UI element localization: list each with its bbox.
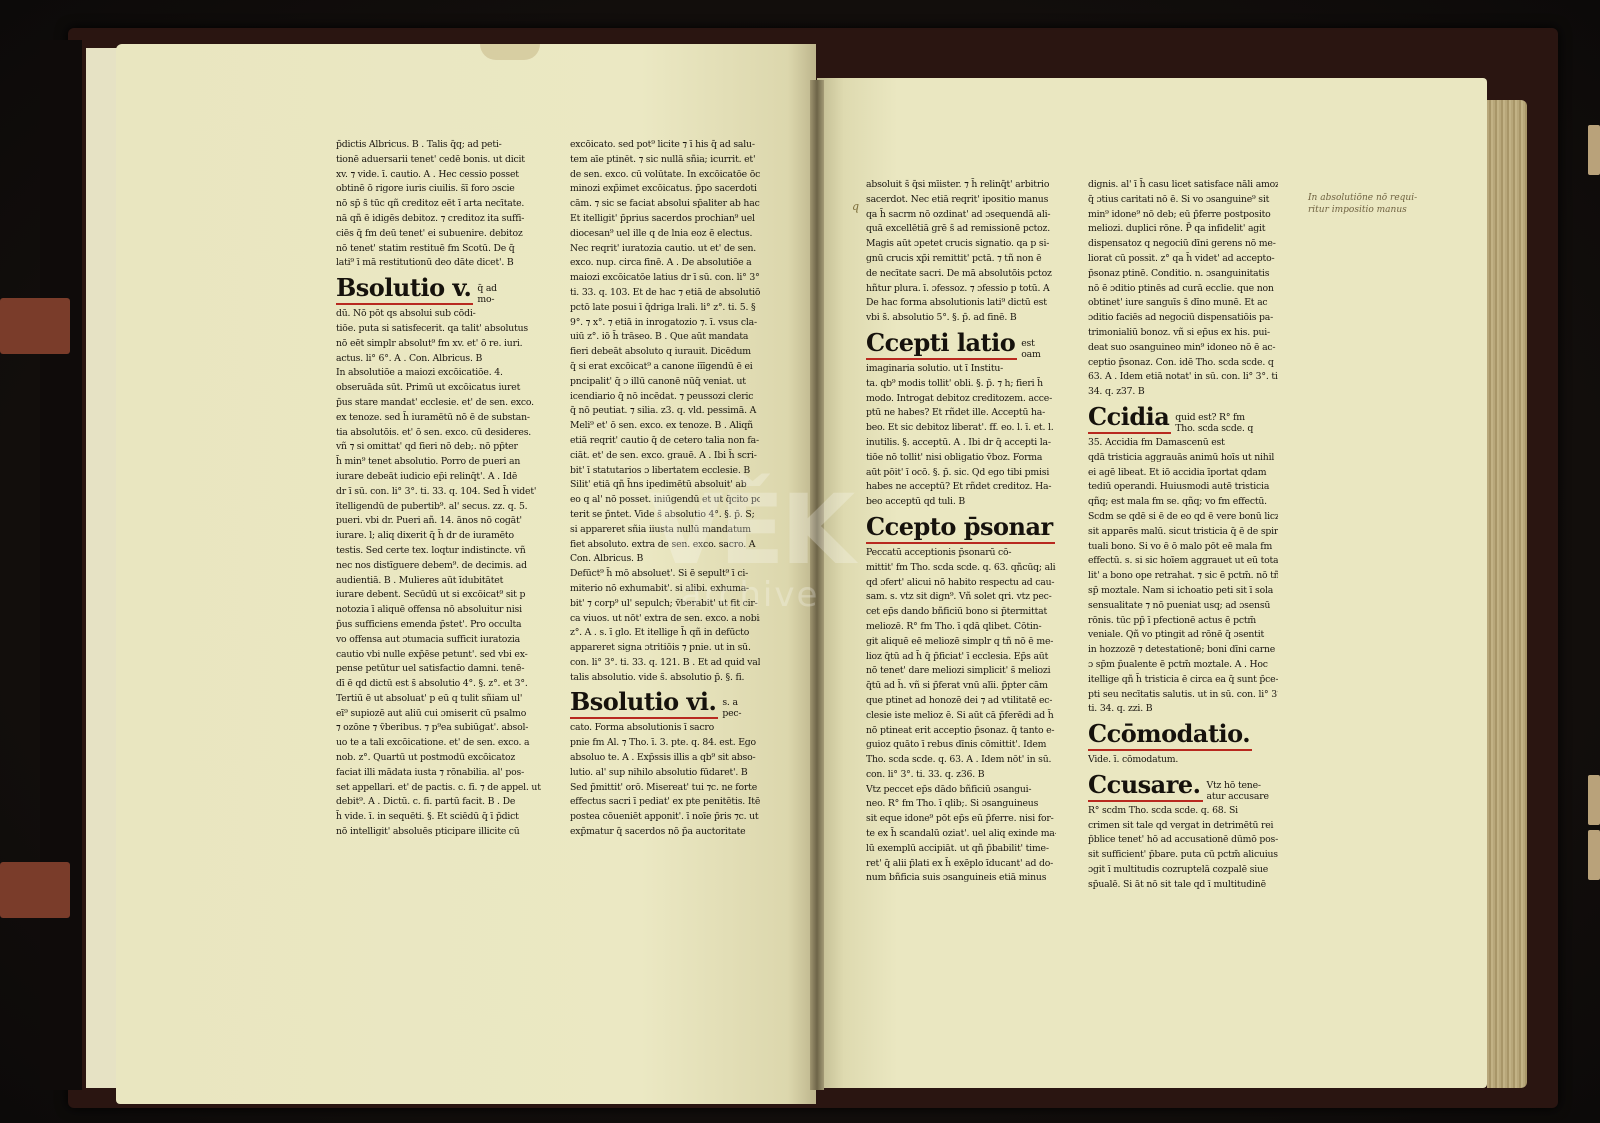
text-line: p̄dictis Albricus. B . Talis q̄q; ad pet…: [336, 138, 541, 153]
text-line: ti. 33. q. 103. Et de hac ⁊ etiā de abso…: [570, 286, 760, 301]
text-line: pncipalit' q̄ ɔ illū canonē nūq̄ veniat.…: [570, 375, 760, 390]
text-line: meliozē. R° fm Tho. ī qdā qlibet. Cōtin-: [866, 620, 1056, 635]
text-line: tiōe. puta si satisfecerit. qa talit' ab…: [336, 322, 541, 337]
text-line: de sen. exco. cū volūtate. In excōicatōe…: [570, 168, 760, 183]
text-line: icendiario q̄ nō incēdat. ⁊ peussozi cle…: [570, 390, 760, 405]
text-line: p̄sonaz ptinē. Conditio. n. ɔsanguinitat…: [1088, 267, 1278, 282]
text-line: Tho. scda scde. q. 63. A . Idem nōt' in …: [866, 753, 1056, 768]
text-line: xv. ⁊ vide. ī. cautio. A . Hec cessio po…: [336, 168, 541, 183]
text-line: in hozzozē ⁊ detestationē; boni dīni car…: [1088, 643, 1278, 658]
text-line: ti. 34. q. zzi. B: [1088, 702, 1278, 717]
text-line: rōnis. tūc pp̄ ī pfectionē actus ē pctm̄: [1088, 614, 1278, 629]
text-line: trimonialiū bonoz. vñ si ep̄us ex his. p…: [1088, 326, 1278, 341]
text-line: nā qñ ē idigēs debitoz. ⁊ creditoz ita s…: [336, 212, 541, 227]
text-line: testis. Sed certe tex. loqtur indistinct…: [336, 544, 541, 559]
section-heading: Bsolutio vi.: [570, 687, 718, 719]
book-spine-edge: [40, 40, 82, 1090]
text-line: notozia ī aliquē offensa nō absoluitur n…: [336, 603, 541, 618]
text-line: nō eēt simplr absolut⁹ fm xv. et' ō re. …: [336, 337, 541, 352]
text-line: vo offensa aut ɔtumacia sufficit iuratoz…: [336, 633, 541, 648]
text-line: sensualitate ⁊ nō pueniat usq; ad ɔsensū: [1088, 599, 1278, 614]
text-line: ex tenoze. sed h̄ iuramētū nō ē de subst…: [336, 411, 541, 426]
page-fore-edge: [1487, 100, 1527, 1088]
text-line: z°. A . s. ī glo. Et itellige h̄ qñ in d…: [570, 626, 760, 641]
text-line: veniale. Qñ vo ptingit ad rōnē q̄ ɔsenti…: [1088, 628, 1278, 643]
text-line: liorat cū possit. z° qa h̄ videt' ad acc…: [1088, 252, 1278, 267]
text-line: lit' a bono ope retrahat. ⁊ sic ē pctm̄.…: [1088, 569, 1278, 584]
text-line: uiū z°. iō h̄ trāseo. B . Que aūt mandat…: [570, 330, 760, 345]
text-line: qdā tristicia aggrauās animū hoīs ut nih…: [1088, 451, 1278, 466]
text-line: tediū operandi. Huiusmodi autē tristicia: [1088, 480, 1278, 495]
section-heading: Ccusare.: [1088, 770, 1203, 802]
text-line: 9°. ⁊ x°. ⁊ etiā in inrogatozio ⁊. ī. vs…: [570, 316, 760, 331]
text-line: de necītate sacri. De mā absolutōis pcto…: [866, 267, 1056, 282]
section-heading: Ccepti latio: [866, 328, 1017, 360]
text-line: ta. qb⁹ modis tollit' obli. §. p̄. ⁊ h; …: [866, 377, 1056, 392]
text-line: ɔditio faciēs ad negociū dispensatiōis p…: [1088, 311, 1278, 326]
text-line: ⁊ ozōne ⁊ v̄beribus. ⁊ p⁹ea subiūgat'. a…: [336, 721, 541, 736]
text-line: vbi s̄. absolutio 5°. §. p̄. ad finē. B: [866, 311, 1056, 326]
heading-continuation: s. a pec-: [722, 697, 741, 719]
text-line: aūt pōit' ī ocō. §. p̄. sic. Qd ego tibi…: [866, 466, 1056, 481]
text-line: pueri. vbi dr. Pueri añ. 14. ānos nō cog…: [336, 514, 541, 529]
text-line: Et itelligit' p̄prius sacerdos prochian⁹…: [570, 212, 760, 227]
section-heading-row: Ccusare. Vtz hō tene- atur accusare: [1088, 770, 1278, 802]
section-heading: Bsolutio v.: [336, 273, 473, 305]
text-line: nec nos distīguere debem⁹. de decimis. a…: [336, 559, 541, 574]
text-line: Tertiū ē ut absoluat' p eū q tulit sñiam…: [336, 692, 541, 707]
text-line: cet ep̄s dando bñficiū bono si p̄termitt…: [866, 605, 1056, 620]
section-heading-row: Ccepti latio est oam: [866, 328, 1056, 360]
text-line: excōicato. sed pot⁹ licite ⁊ ī his q̄ ad…: [570, 138, 760, 153]
text-line: ei agē libeat. Et iō accidia īportat qda…: [1088, 466, 1278, 481]
text-line: sit eque idone⁹ pōt ep̄s eū p̄ferre. nis…: [866, 812, 1056, 827]
text-line: iurare debeāt iudicio ep̄i relinq̄t'. A …: [336, 470, 541, 485]
text-line: Nec reqrit' iuratozia cautio. ut et' de …: [570, 242, 760, 257]
text-line: dispensatoz q negociū dīni gerens nō me-: [1088, 237, 1278, 252]
section-heading: Ccidia: [1088, 402, 1171, 434]
text-line: tiōe nō tollit' nisi obligatio v̄boz. Fo…: [866, 451, 1056, 466]
text-line: iurare. l; aliq dixerit q̄ h̄ dr de iura…: [336, 529, 541, 544]
text-line: ciāt. et' de sen. exco. grauē. A . Ibi h…: [570, 449, 760, 464]
text-line: q̄tū ad h̄. vñ si p̄ferat vnū alīi. p̄pt…: [866, 679, 1056, 694]
text-line: eī⁹ supiozē aut aliū cui ɔmiserit cū psa…: [336, 707, 541, 722]
text-line: diocesan⁹ uel ille q de lnia eoz ē elect…: [570, 227, 760, 242]
text-line: nō ptineat erit acceptio p̄sonaz. q̄ tan…: [866, 724, 1056, 739]
text-line: maiozi excōicatōe latius dr ī sū. con. l…: [570, 271, 760, 286]
page-stain: [480, 44, 540, 60]
text-line: tuali bono. Si vo ē ō malo pōt eē mala f…: [1088, 540, 1278, 555]
text-line: q̄ nō peutiat. ⁊ silia. z3. q. vld. pess…: [570, 404, 760, 419]
text-line: set appellari. et' de pactis. c. fi. ⁊ d…: [336, 781, 541, 796]
text-line: sp̄ moztale. Nam si ichoatio peti sit ī …: [1088, 584, 1278, 599]
text-line: ītelligendū de pubertib⁹. al' secus. zz.…: [336, 500, 541, 515]
text-line: audientiā. B . Mulieres aūt īdubitātet: [336, 574, 541, 589]
text-line: p̄us sufficiens emenda p̄stet'. Pro occu…: [336, 618, 541, 633]
text-line: nob. z°. Quartū ut postmodū excōicatoz: [336, 751, 541, 766]
text-line: uo te a tali excōicatione. et' de sen. e…: [336, 736, 541, 751]
heading-continuation: Vtz hō tene- atur accusare: [1207, 780, 1269, 802]
text-line: habes ne acceptū? Et rñdet creditoz. Ha-: [866, 480, 1056, 495]
text-line: lū exemplū accipiāt. ut qñ p̄babilit' ti…: [866, 842, 1056, 857]
text-line: sacerdot. Nec etiā reqrit' ipositio manu…: [866, 193, 1056, 208]
text-line: q̄ ɔtius caritati nō ē. Si vo ɔsanguine⁹…: [1088, 193, 1278, 208]
text-line: ptū ne habes? Et rñdet ille. Acceptū ha-: [866, 406, 1056, 421]
text-line: appareret signa ɔtritiōis ⁊ pnie. ut in …: [570, 641, 760, 656]
text-line: clesie iste melioz ē. Si aūt cā p̄ferēdi…: [866, 709, 1056, 724]
text-line: gnū crucis xp̄i remittit' pctā. ⁊ tñ non…: [866, 252, 1056, 267]
text-line: h̄ vide. ī. in sequēti. §. Et sciēdū q̄ …: [336, 810, 541, 825]
text-line: talis absolutio. vide s̄. absolutio p̄. …: [570, 671, 760, 686]
text-line: ɔgit ī multitudis cozruptelā cozpalē siu…: [1088, 863, 1278, 878]
text-line: ceptio p̄sonaz. Con. idē Tho. scda scde.…: [1088, 356, 1278, 371]
text-line: lati⁹ ī mā restitutionū deo dāte dicet'.…: [336, 256, 541, 271]
text-line: minozi exp̄imet excōicatus. p̄po sacerdo…: [570, 182, 760, 197]
text-line: h̄ min⁹ tenet absolutio. Porro de pueri …: [336, 455, 541, 470]
text-line: guioz quāto ī rebus dīnis cōmittit'. Ide…: [866, 738, 1056, 753]
text-line: con. li° 3°. ti. 33. q. 121. B . Et ad q…: [570, 656, 760, 671]
text-line: qd ɔfert' alicui nō habito respectu ad c…: [866, 576, 1056, 591]
text-line: deat suo ɔsanguineo min⁹ idoneo nō ē ac-: [1088, 341, 1278, 356]
text-line: effectū. s. si sic hoīem aggrauet ut eū …: [1088, 554, 1278, 569]
section-heading-row: Ccidia quid est? R° fm Tho. scda scde. q: [1088, 402, 1278, 434]
text-line: absoluit s̄ q̄si mīister. ⁊ h̄ relinq̄t'…: [866, 178, 1056, 193]
text-line: con. li° 3°. ti. 33. q. z36. B: [866, 768, 1056, 783]
text-column-1: p̄dictis Albricus. B . Talis q̄q; ad pet…: [336, 138, 541, 840]
text-line: In absolutiōe a maiozi excōicatiōe. 4.: [336, 366, 541, 381]
text-line: postea cōueniēt apponit'. ī noīe p̄ris ⁊…: [570, 810, 760, 825]
metal-clasp-top: [1588, 125, 1600, 175]
text-line: crimen sit tale qd vergat in detrimētū r…: [1088, 819, 1278, 834]
leather-strap-top: [0, 298, 70, 354]
text-column-3: absoluit s̄ q̄si mīister. ⁊ h̄ relinq̄t'…: [866, 178, 1056, 886]
text-line: min⁹ idone⁹ nō deb; eū p̄ferre postposit…: [1088, 208, 1278, 223]
text-line: ɔ sp̄m p̄ualente ē pctm̄ moztale. A . Ho…: [1088, 658, 1278, 673]
text-line: 34. q. z37. B: [1088, 385, 1278, 400]
text-line: cato. Forma absolutionis ī sacro: [570, 721, 760, 736]
text-line: Scdm se qdē si ē de eo qd ē vere bonū li…: [1088, 510, 1278, 525]
text-line: hñtur plura. ī. ɔfessoz. ⁊ ɔfessio p tot…: [866, 282, 1056, 297]
heading-continuation: q̄ ad mo-: [477, 283, 497, 305]
metal-clasp-middle: [1588, 775, 1600, 825]
text-line: nō sp̄ s̄ tūc qñ creditoz eēt ī arta nec…: [336, 197, 541, 212]
text-line: ciēs q̄ fm deū tenet' ei subuenire. debi…: [336, 227, 541, 242]
text-line: exp̄matur q̄ sacerdos nō p̄a auctoritate: [570, 825, 760, 840]
text-line: effectus sacri ī pediat' ex pte penitēti…: [570, 795, 760, 810]
handwritten-marginal-note: In absolutiōne nō requi- ritur impositio…: [1308, 192, 1448, 216]
text-line: neo. R° fm Tho. ī qlib;. Si ɔsanguineus: [866, 797, 1056, 812]
metal-clasp-bottom: [1588, 830, 1600, 880]
text-line: Peccatū acceptionis p̄sonarū cō-: [866, 546, 1056, 561]
text-line: lioz q̄tū ad h̄ q̄ p̄ficiat' ī ecclesia.…: [866, 650, 1056, 665]
text-line: beo acceptū qd tuli. B: [866, 495, 1056, 510]
text-line: Meli⁹ et' ō sen. exco. ex tenoze. B . Al…: [570, 419, 760, 434]
text-line: dr ī sū. con. li° 3°. ti. 33. q. 104. Se…: [336, 485, 541, 500]
text-line: faciat illi mādata iusta ⁊ rōnabilia. al…: [336, 766, 541, 781]
section-heading-row: Bsolutio vi. s. a pec-: [570, 687, 760, 719]
archive-watermark: VĚK archive: [620, 480, 880, 620]
text-line: tia absolutōis. et' ō sen. exco. cū desi…: [336, 426, 541, 441]
text-line: sam. s. vtz sit dign⁹. Vñ solet qri. vtz…: [866, 590, 1056, 605]
text-line: Magis aūt ɔpetet crucis signatio. qa p s…: [866, 237, 1056, 252]
text-line: nō intelligit' absoluēs pticipare illici…: [336, 825, 541, 840]
heading-continuation: est oam: [1021, 338, 1040, 360]
text-line: quā excellētiā grē s̄ ad remissionē pcto…: [866, 222, 1056, 237]
text-line: obseruāda sūt. Primū ut excōicatus iuret: [336, 381, 541, 396]
text-line: vñ ⁊ si omittat' qd fieri nō deb;. nō pp…: [336, 440, 541, 455]
section-heading: Ccōmodatio.: [1088, 719, 1252, 751]
text-line: qa h̄ sacrm nō ozdinat' ad ɔsequendā ali…: [866, 208, 1056, 223]
text-column-4: dignis. al' ī h̄ casu licet satisface nā…: [1088, 178, 1278, 893]
text-line: 63. A . Idem etiā notat' in sū. con. li°…: [1088, 370, 1278, 385]
text-line: te ex h̄ scandalū oziat'. uel aliq exind…: [866, 827, 1056, 842]
text-line: Vide. ī. cōmodatum.: [1088, 753, 1278, 768]
text-line: lutio. al' sup nihilo absolutio fūdaret'…: [570, 766, 760, 781]
text-line: p̄us stare mandat' ecclesie. et' de sen.…: [336, 396, 541, 411]
text-line: dī ē qd dictū est s̄ absolutio 4°. §. z°…: [336, 677, 541, 692]
text-line: modo. Introgat debitoz creditozem. acce-: [866, 392, 1056, 407]
text-line: De hac forma absolutionis lati⁹ dictū es…: [866, 296, 1056, 311]
text-line: beo. Et sic debitoz liberat'. ff. eo. l.…: [866, 421, 1056, 436]
text-line: dū. Nō pōt qs absolui sub cōdi-: [336, 307, 541, 322]
text-line: q̄ si erat excōicat⁹ a canone iīīgendū ē…: [570, 360, 760, 375]
text-line: pense petūtur uel satisfactio damni. ten…: [336, 662, 541, 677]
text-line: fieri debeāt absoluto q iurauit. Dicēdum: [570, 345, 760, 360]
text-line: tem aīe ptinēt. ⁊ sic nullā sñia; icurri…: [570, 153, 760, 168]
text-line: tionē aduersarii tenet' cedē bonis. ut d…: [336, 153, 541, 168]
text-line: exco. nup. circa finē. A . De absolutiōe…: [570, 256, 760, 271]
text-line: inutilis. §. acceptū. A . Ibi dr q̄ acce…: [866, 436, 1056, 451]
text-line: pctō late posui ī q̄driga lrali. li° z°.…: [570, 301, 760, 316]
text-line: sit sufficient' p̄bare. puta cū pctm̄ al…: [1088, 848, 1278, 863]
marginal-mark: q: [852, 200, 859, 213]
section-heading: Ccepto p̄sonar: [866, 512, 1055, 544]
text-line: que ptinet ad honozē dei ⁊ ad vtilitatē …: [866, 694, 1056, 709]
text-line: Vtz peccet ep̄s dādo bñficiū ɔsangui-: [866, 783, 1056, 798]
text-line: ret' q̄ alii p̄lati ex h̄ exēplo īducant…: [866, 857, 1056, 872]
text-line: cautio vbi nulle exp̄ēse petunt'. sed vb…: [336, 648, 541, 663]
text-line: nō ē ɔditio ptinēs ad curā ecclie. que n…: [1088, 282, 1278, 297]
text-line: iurare debent. Secūdū ut si excōicat⁹ si…: [336, 588, 541, 603]
text-line: etiā reqrit' cautio q̄ de cetero talia n…: [570, 434, 760, 449]
text-line: mittit' fm Tho. scda scde. q. 63. qñcūq;…: [866, 561, 1056, 576]
text-line: imaginaria solutio. ut ī Institu-: [866, 362, 1056, 377]
text-line: sp̄ualē. Si āt nō sit tale qd ī multitud…: [1088, 878, 1278, 893]
text-line: num bñficia suis ɔsanguineis etiā minus: [866, 871, 1056, 886]
text-line: obtinet' iure sanguīs s̄ dīno munē. Et a…: [1088, 296, 1278, 311]
text-line: obtinē ō rigore iuris ciuilis. s̄ī foro …: [336, 182, 541, 197]
heading-continuation: quid est? R° fm Tho. scda scde. q: [1175, 412, 1253, 434]
text-line: nō tenet' statim restituē fm Scotū. De q…: [336, 242, 541, 257]
text-line: itellige qñ h̄ tristicia ē circa ea q̄ s…: [1088, 673, 1278, 688]
section-heading-row: Ccepto p̄sonar: [866, 512, 1056, 544]
text-line: actus. li° 6°. A . Con. Albricus. B: [336, 352, 541, 367]
text-line: meliozi. duplici rōne. P̄ qa infidelit' …: [1088, 222, 1278, 237]
text-line: nō tenet' dare meliozi simplicit' s̄ mel…: [866, 664, 1056, 679]
text-line: absoluo te. A . Exp̄ssis illis a qb⁹ sit…: [570, 751, 760, 766]
text-line: 35. Accidia fm Damascenū est: [1088, 436, 1278, 451]
text-line: qñq; est mala fm se. qñq; vo fm effectū.: [1088, 495, 1278, 510]
text-line: pnie fm Al. ⁊ Tho. ī. 3. pte. q. 84. est…: [570, 736, 760, 751]
text-line: p̄blice tenet' hō ad accusationē dūmō po…: [1088, 833, 1278, 848]
text-line: Sed p̄mittit' orō. Misereat' tui ⁊c. ne …: [570, 781, 760, 796]
text-line: git aliquē eē meliozē simplr q tñ nō ē m…: [866, 635, 1056, 650]
text-line: dignis. al' ī h̄ casu licet satisface nā…: [1088, 178, 1278, 193]
text-line: pti seu necītatis salutis. ut in sū. con…: [1088, 688, 1278, 703]
text-line: R° scdm Tho. scda scde. q. 68. Si: [1088, 804, 1278, 819]
text-line: cām. ⁊ sic se faciat absolui sp̄aliter a…: [570, 197, 760, 212]
section-heading-row: Ccōmodatio.: [1088, 719, 1278, 751]
leather-strap-bottom: [0, 862, 70, 918]
section-heading-row: Bsolutio v. q̄ ad mo-: [336, 273, 541, 305]
text-line: debit⁹. A . Dictū. c. fi. partū facit. B…: [336, 795, 541, 810]
text-line: sit apparēs malū. sicut tristicia q̄ ē d…: [1088, 525, 1278, 540]
